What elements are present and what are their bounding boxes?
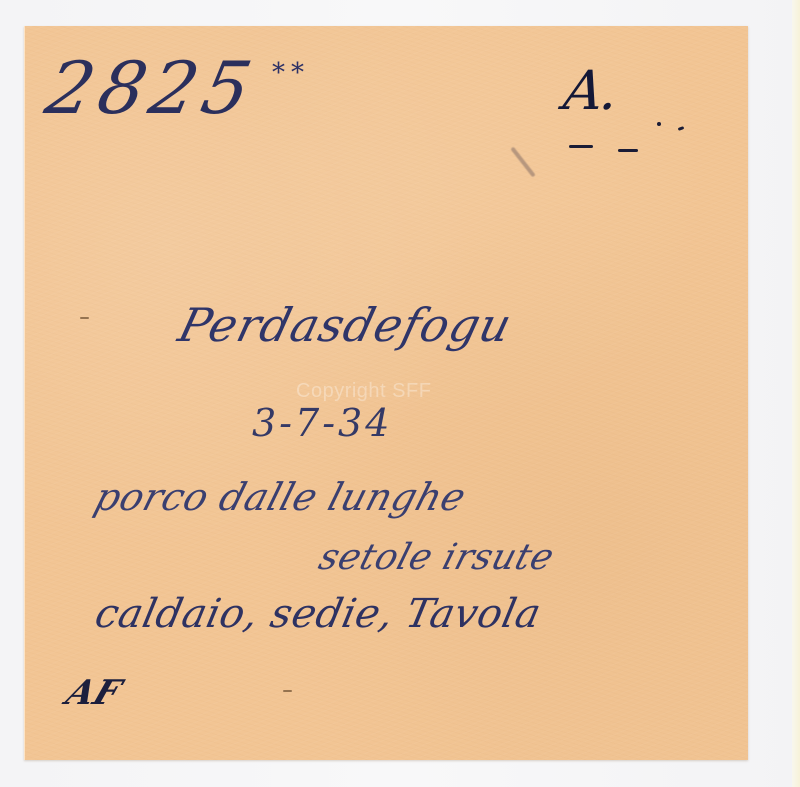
description-line-2: setole irsute	[315, 540, 558, 576]
catalog-star-marks: **	[272, 60, 310, 86]
date: 3-7-34	[252, 404, 392, 442]
classification-underline-right	[618, 149, 638, 152]
place-name: Perdasdefogu	[174, 302, 517, 348]
classification-dot	[657, 122, 661, 126]
scan-background: 2825 ** A. Perdasdefogu Copyright SFF 3-…	[0, 0, 800, 787]
copyright-watermark: Copyright SFF	[296, 381, 431, 401]
classification-underline-left	[569, 145, 593, 148]
paper-speck	[80, 317, 89, 319]
adjacent-sheet-edge	[792, 0, 800, 787]
description-line-1: porco dalle lunghe	[91, 478, 471, 516]
description-line-3: caldaio, sedie, Tavola	[92, 594, 545, 634]
catalog-number: 2825	[40, 52, 263, 124]
paper-speck	[283, 690, 292, 692]
